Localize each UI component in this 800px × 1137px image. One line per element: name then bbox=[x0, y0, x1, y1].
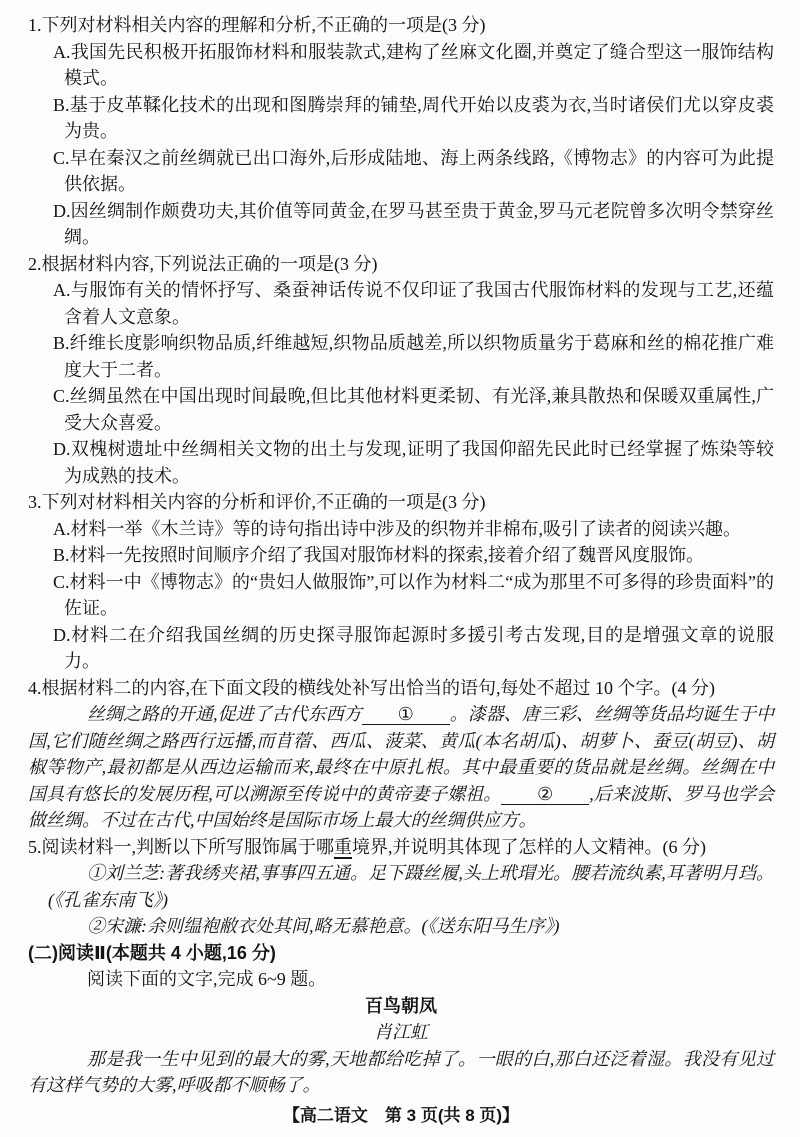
passage-author: 肖江虹 bbox=[28, 1019, 774, 1046]
question-3-stem: 3.下列对材料相关内容的分析和评价,不正确的一项是(3 分) bbox=[28, 489, 774, 516]
question-2-option-d: D.双槐树遗址中丝绸相关文物的出土与发现,证明了我国仰韶先民此时已经掌握了炼染等… bbox=[28, 436, 774, 489]
question-3-option-d: D.材料二在介绍我国丝绸的历史探寻服饰起源时多援引考古发现,目的是增强文章的说服… bbox=[28, 622, 774, 675]
fill-blank-2: ② bbox=[501, 784, 589, 805]
question-2-option-a: A.与服饰有关的情怀抒写、桑蚕神话传说不仅印证了我国古代服饰材料的发现与工艺,还… bbox=[28, 277, 774, 330]
question-5-stem-after: 境界,并说明其体现了怎样的人文精神。(6 分) bbox=[352, 837, 706, 857]
passage-title: 百鸟朝凤 bbox=[28, 993, 774, 1020]
question-5-emphasized-char: 重 bbox=[334, 837, 352, 859]
question-2: 2.根据材料内容,下列说法正确的一项是(3 分) A.与服饰有关的情怀抒写、桑蚕… bbox=[28, 251, 774, 490]
fill-blank-2-label: ② bbox=[537, 784, 553, 804]
question-3-option-b: B.材料一先按照时间顺序介绍了我国对服饰材料的探索,接着介绍了魏晋风度服饰。 bbox=[28, 542, 774, 569]
passage-segment-1: 丝绸之路的开通,促进了古代东西方 bbox=[87, 704, 362, 724]
exam-page: 1.下列对材料相关内容的理解和分析,不正确的一项是(3 分) A.我国先民积极开… bbox=[0, 0, 800, 1137]
fill-blank-1: ① bbox=[362, 704, 450, 725]
question-1-option-d: D.因丝绸制作颇费功夫,其价值等同黄金,在罗马甚至贵于黄金,罗马元老院曾多次明令… bbox=[28, 198, 774, 251]
story-paragraph: 那是我一生中见到的最大的雾,天地都给吃掉了。一眼的白,那白还泛着湿。我没有见过有… bbox=[28, 1046, 774, 1099]
question-5: 5.阅读材料一,判断以下所写服饰属于哪重境界,并说明其体现了怎样的人文精神。(6… bbox=[28, 834, 774, 940]
question-1: 1.下列对材料相关内容的理解和分析,不正确的一项是(3 分) A.我国先民积极开… bbox=[28, 12, 774, 251]
question-5-item-1: ①刘兰芝:著我绣夹裙,事事四五通。足下蹑丝履,头上玳瑁光。腰若流纨素,耳著明月珰… bbox=[28, 860, 774, 913]
question-2-option-b: B.纤维长度影响织物品质,纤维越短,织物品质越差,所以织物质量劣于葛麻和丝的棉花… bbox=[28, 330, 774, 383]
question-2-stem: 2.根据材料内容,下列说法正确的一项是(3 分) bbox=[28, 251, 774, 278]
question-5-item-2: ②宋濂:余则缊袍敝衣处其间,略无慕艳意。(《送东阳马生序》) bbox=[28, 913, 774, 940]
question-3-option-a: A.材料一举《木兰诗》等的诗句指出诗中涉及的织物并非棉布,吸引了读者的阅读兴趣。 bbox=[28, 516, 774, 543]
question-4-passage: 丝绸之路的开通,促进了古代东西方①。漆器、唐三彩、丝绸等货品均诞生于中国,它们随… bbox=[28, 701, 774, 834]
question-3-option-c: C.材料一中《博物志》的“贵妇人做服饰”,可以作为材料二“成为那里不可多得的珍贵… bbox=[28, 569, 774, 622]
question-1-option-b: B.基于皮革鞣化技术的出现和图腾崇拜的铺垫,周代开始以皮裘为衣,当时诸侯们尤以穿… bbox=[28, 92, 774, 145]
question-3: 3.下列对材料相关内容的分析和评价,不正确的一项是(3 分) A.材料一举《木兰… bbox=[28, 489, 774, 675]
reading-instruction: 阅读下面的文字,完成 6~9 题。 bbox=[28, 966, 774, 993]
page-footer: 【高二语文 第 3 页(共 8 页)】 bbox=[28, 1103, 774, 1130]
question-1-stem: 1.下列对材料相关内容的理解和分析,不正确的一项是(3 分) bbox=[28, 12, 774, 39]
question-1-option-a: A.我国先民积极开拓服饰材料和服装款式,建构了丝麻文化圈,并奠定了缝合型这一服饰… bbox=[28, 39, 774, 92]
section-2: (二)阅读Ⅱ(本题共 4 小题,16 分) 阅读下面的文字,完成 6~9 题。 … bbox=[28, 940, 774, 1099]
question-5-stem-before: 5.阅读材料一,判断以下所写服饰属于哪 bbox=[28, 837, 334, 857]
fill-blank-1-label: ① bbox=[398, 704, 414, 724]
question-1-option-c: C.早在秦汉之前丝绸就已出口海外,后形成陆地、海上两条线路,《博物志》的内容可为… bbox=[28, 145, 774, 198]
question-4-stem: 4.根据材料二的内容,在下面文段的横线处补写出恰当的语句,每处不超过 10 个字… bbox=[28, 675, 774, 702]
question-4: 4.根据材料二的内容,在下面文段的横线处补写出恰当的语句,每处不超过 10 个字… bbox=[28, 675, 774, 834]
section-2-heading: (二)阅读Ⅱ(本题共 4 小题,16 分) bbox=[28, 940, 774, 967]
question-5-stem: 5.阅读材料一,判断以下所写服饰属于哪重境界,并说明其体现了怎样的人文精神。(6… bbox=[28, 834, 774, 861]
question-2-option-c: C.丝绸虽然在中国出现时间最晚,但比其他材料更柔韧、有光泽,兼具散热和保暖双重属… bbox=[28, 383, 774, 436]
